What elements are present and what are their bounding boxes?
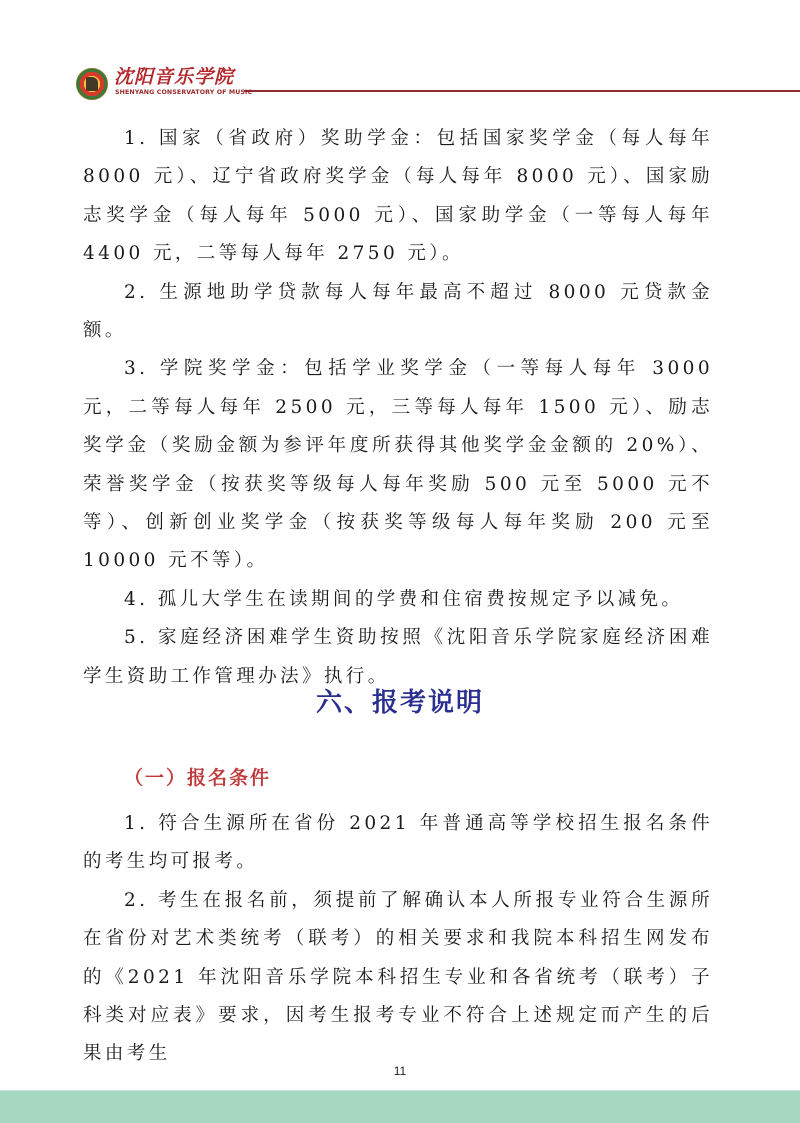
footer-band <box>0 1090 800 1123</box>
section-title: 六、报考说明 <box>0 682 800 719</box>
page-number: 11 <box>0 1064 800 1078</box>
school-name-cn: 沈阳音乐学院 <box>114 66 234 88</box>
eligibility-section: 1. 符合生源所在省份 2021 年普通高等学校招生报名条件的考生均可报考。 2… <box>83 805 713 1074</box>
page-header: 沈阳音乐学院 SHENYANG CONSERVATORY OF MUSIC <box>76 66 800 106</box>
funding-section: 1. 国家（省政府）奖助学金：包括国家奖学金（每人每年 8000 元）、辽宁省政… <box>83 120 713 696</box>
funding-item-2: 2. 生源地助学贷款每人每年最高不超过 8000 元贷款金额。 <box>83 274 713 351</box>
school-name-en: SHENYANG CONSERVATORY OF MUSIC <box>115 89 252 96</box>
funding-item-4: 4. 孤儿大学生在读期间的学费和住宿费按规定予以减免。 <box>83 581 713 619</box>
subsection-title: （一）报名条件 <box>124 763 271 790</box>
eligibility-item-2: 2. 考生在报名前，须提前了解确认本人所报专业符合生源所在省份对艺术类统考（联考… <box>83 882 713 1074</box>
header-divider <box>244 90 800 92</box>
school-emblem-icon <box>76 68 108 100</box>
funding-item-3: 3. 学院奖学金：包括学业奖学金（一等每人每年 3000 元，二等每人每年 25… <box>83 350 713 580</box>
eligibility-item-1: 1. 符合生源所在省份 2021 年普通高等学校招生报名条件的考生均可报考。 <box>83 805 713 882</box>
funding-item-1: 1. 国家（省政府）奖助学金：包括国家奖学金（每人每年 8000 元）、辽宁省政… <box>83 120 713 274</box>
